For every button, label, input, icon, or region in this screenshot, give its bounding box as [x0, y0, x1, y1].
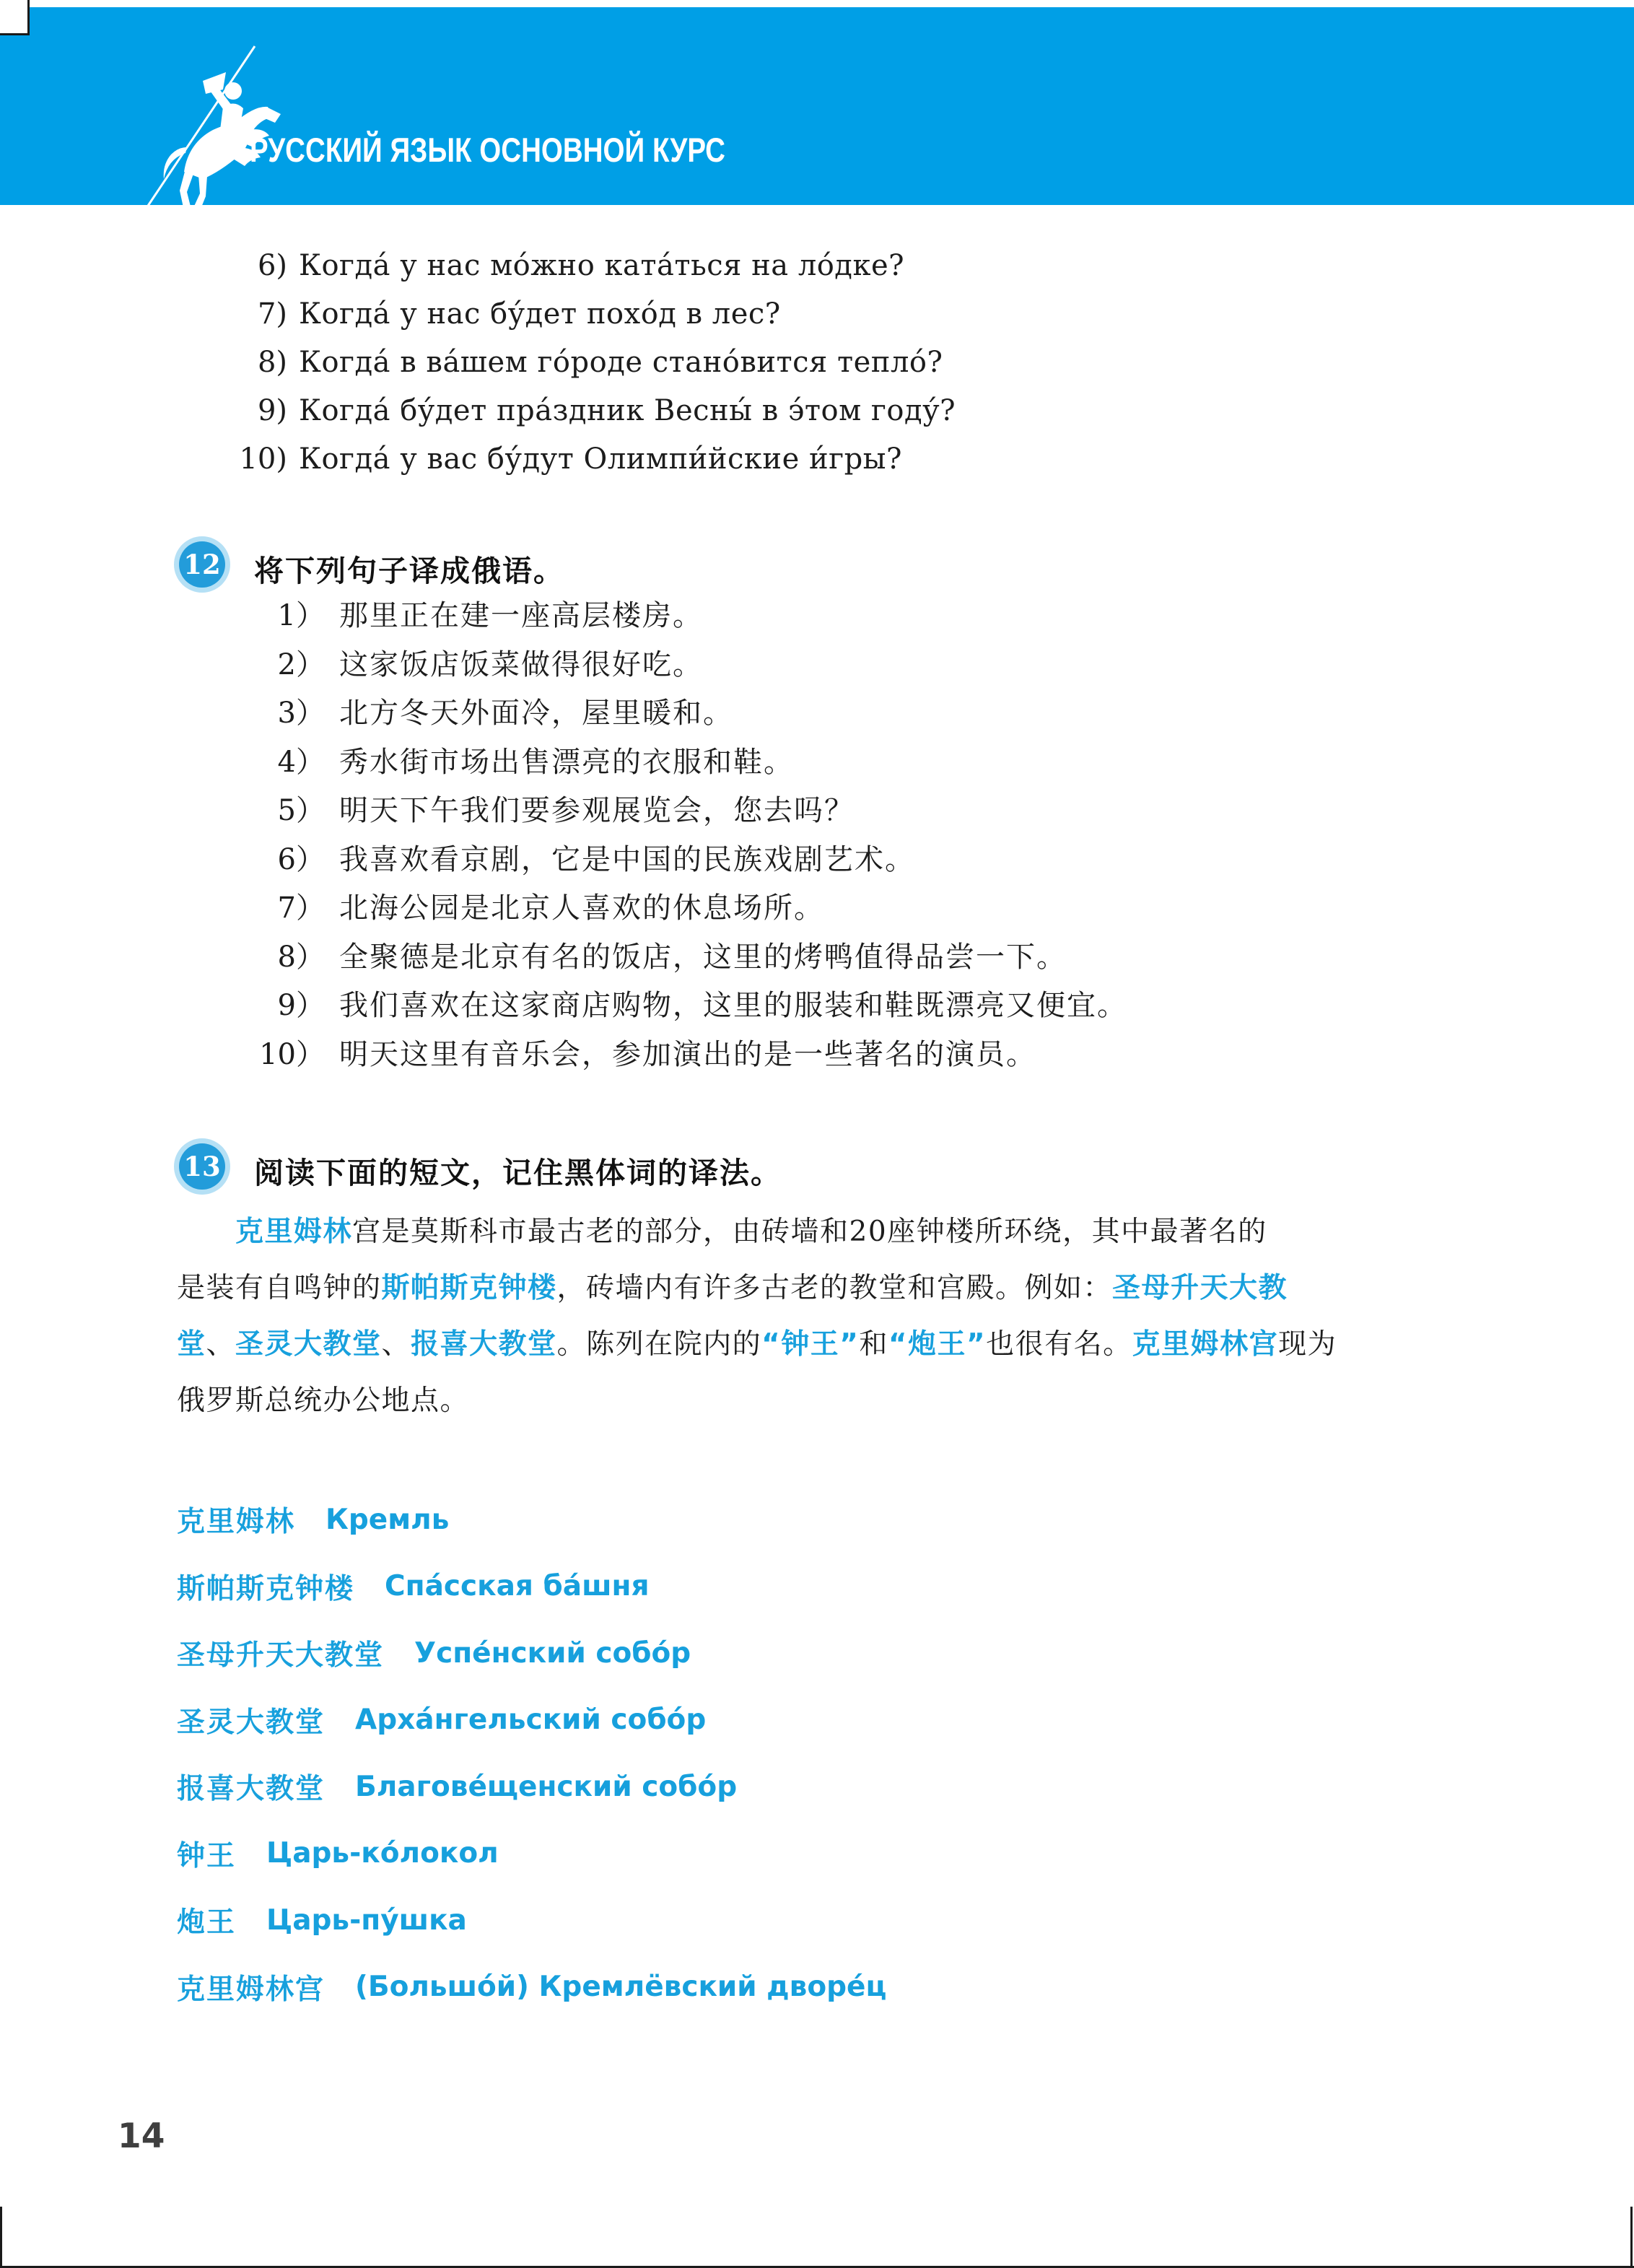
- item-number: 4）: [0, 739, 325, 780]
- textbook-page: { "page": { "accent_blue": "#009fe6", "t…: [0, 0, 1634, 2268]
- exercise-13-title: 阅读下面的短文，记住黑体词的译法。: [254, 1149, 782, 1192]
- page-number: 14: [118, 2116, 165, 2156]
- highlighted-term: 报喜大教堂: [411, 1328, 557, 1361]
- item-text: 全聚德是北京有名的饭店，这里的烤鸭值得品尝一下。: [339, 934, 1067, 975]
- passage-text: 俄罗斯总统办公地点。: [177, 1384, 469, 1417]
- chinese-sentence: 10） 明天这里有音乐会，参加演出的是一些著名的演员。: [0, 1028, 1634, 1077]
- item-number: 9）: [0, 982, 325, 1024]
- passage-line: 堂、圣灵大教堂、报喜大教堂。陈列在院内的“钟王”和“炮王”也很有名。克里姆林宫现…: [177, 1317, 1476, 1373]
- item-number: 10）: [0, 1031, 325, 1073]
- header-band: РУССКИЙ ЯЗЫК ОСНОВНОЙ КУРС: [0, 7, 1634, 205]
- passage-text: 、: [206, 1328, 236, 1361]
- passage-text: 和: [859, 1328, 888, 1361]
- item-text: 我喜欢看京剧，它是中国的民族戏剧艺术。: [339, 837, 915, 878]
- passage-line: 俄罗斯总统办公地点。: [177, 1373, 1476, 1429]
- passage-text: 。陈列在院内的: [557, 1328, 762, 1361]
- chinese-sentence: 2） 这家饭店饭菜做得很好吃。: [0, 638, 1634, 687]
- chinese-sentence: 5） 明天下午我们要参观展览会，您去吗？: [0, 784, 1634, 833]
- term-russian: Спа́сская ба́шня: [385, 1570, 649, 1602]
- exercise-12-badge: 12: [179, 541, 225, 588]
- term-chinese: 报喜大教堂: [177, 1766, 325, 1807]
- exercise-number: 13: [183, 1151, 221, 1182]
- term-russian: Благове́щенский собо́р: [355, 1771, 737, 1803]
- item-text: 那里正在建一座高层楼房。: [339, 593, 703, 634]
- russian-question: 10) Когда́ у вас бу́дут Олимпи́йские и́г…: [0, 435, 1634, 483]
- vocabulary-item: 克里姆林 Кремль: [177, 1486, 886, 1553]
- passage-text: 宫是莫斯科市最古老的部分，由砖墙和20座钟楼所环绕，其中最著名的: [352, 1216, 1267, 1248]
- reading-passage: 克里姆林宫是莫斯科市最古老的部分，由砖墙和20座钟楼所环绕，其中最著名的是装有自…: [177, 1204, 1476, 1429]
- item-text: Когда́ у нас мо́жно ката́ться на ло́дке?: [299, 249, 904, 282]
- item-text: Когда́ бу́дет пра́здник Весны́ в э́том г…: [299, 394, 956, 427]
- item-number: 7): [0, 297, 287, 331]
- item-text: 明天这里有音乐会，参加演出的是一些著名的演员。: [339, 1031, 1036, 1073]
- chinese-sentence: 1） 那里正在建一座高层楼房。: [0, 589, 1634, 638]
- item-text: Когда́ в ва́шем го́роде стано́вится тепл…: [299, 346, 943, 379]
- item-number: 10): [0, 442, 287, 476]
- highlighted-term: 圣母升天大教: [1112, 1272, 1288, 1304]
- item-number: 3）: [0, 690, 325, 731]
- russian-question: 8) Когда́ в ва́шем го́роде стано́вится т…: [0, 338, 1634, 386]
- passage-text: [177, 1216, 235, 1248]
- item-number: 2）: [0, 642, 325, 683]
- russian-question: 6) Когда́ у нас мо́жно ката́ться на ло́д…: [0, 241, 1634, 289]
- highlighted-term: 堂: [177, 1328, 206, 1361]
- item-number: 9): [0, 394, 287, 427]
- crop-mark-bottom-right: [1630, 2207, 1633, 2268]
- passage-text: 也很有名。: [986, 1328, 1132, 1361]
- vocabulary-list: 克里姆林 Кремль 斯帕斯克钟楼 Спа́сская ба́шня 圣母升天…: [177, 1486, 886, 2020]
- passage-text: ，砖墙内有许多古老的教堂和宫殿。例如：: [557, 1272, 1113, 1304]
- term-russian: Арха́нгельский собо́р: [355, 1704, 706, 1736]
- translation-sentence-list: 1） 那里正在建一座高层楼房。 2） 这家饭店饭菜做得很好吃。 3） 北方冬天外…: [0, 589, 1634, 1076]
- exercise-12-title: 将下列句子译成俄语。: [254, 547, 564, 590]
- term-chinese: 克里姆林: [177, 1499, 295, 1540]
- term-chinese: 斯帕斯克钟楼: [177, 1566, 354, 1607]
- chinese-sentence: 8） 全聚德是北京有名的饭店，这里的烤鸭值得品尝一下。: [0, 930, 1634, 980]
- term-russian: Царь-пу́шка: [266, 1904, 467, 1937]
- term-russian: (Большо́й) Кремлёвский дворе́ц: [355, 1971, 886, 2003]
- vocabulary-item: 报喜大教堂 Благове́щенский собо́р: [177, 1753, 886, 1820]
- item-number: 8）: [0, 934, 325, 975]
- highlighted-term: 斯帕斯克钟楼: [382, 1272, 557, 1304]
- vocabulary-item: 圣灵大教堂 Арха́нгельский собо́р: [177, 1687, 886, 1754]
- crop-mark-bottom-left: [0, 2207, 2, 2268]
- russian-question-list: 6) Когда́ у нас мо́жно ката́ться на ло́д…: [0, 241, 1634, 483]
- russian-question: 9) Когда́ бу́дет пра́здник Весны́ в э́то…: [0, 386, 1634, 435]
- item-number: 8): [0, 346, 287, 379]
- chinese-sentence: 3） 北方冬天外面冷，屋里暖和。: [0, 686, 1634, 736]
- term-chinese: 炮王: [177, 1900, 236, 1940]
- item-text: 北方冬天外面冷，屋里暖和。: [339, 690, 733, 731]
- exercise-number: 12: [183, 549, 221, 580]
- chinese-sentence: 9） 我们喜欢在这家商店购物，这里的服装和鞋既漂亮又便宜。: [0, 979, 1634, 1028]
- highlighted-term: “炮王”: [888, 1328, 986, 1361]
- highlighted-term: “钟王”: [761, 1328, 859, 1361]
- highlighted-term: 圣灵大教堂: [235, 1328, 382, 1361]
- term-chinese: 圣母升天大教堂: [177, 1633, 384, 1673]
- chinese-sentence: 7） 北海公园是北京人喜欢的休息场所。: [0, 881, 1634, 930]
- exercise-13-badge: 13: [179, 1143, 225, 1190]
- term-russian: Успе́нский собо́р: [414, 1637, 691, 1670]
- russian-question: 7) Когда́ у нас бу́дет похо́д в лес?: [0, 289, 1634, 338]
- course-title: РУССКИЙ ЯЗЫК ОСНОВНОЙ КУРС: [250, 131, 725, 169]
- crop-mark-top-left: [0, 0, 30, 35]
- passage-text: 现为: [1278, 1328, 1337, 1361]
- passage-text: 是装有自鸣钟的: [177, 1272, 382, 1304]
- item-text: Когда́ у вас бу́дут Олимпи́йские и́гры?: [299, 442, 902, 476]
- chinese-sentence: 6） 我喜欢看京剧，它是中国的民族戏剧艺术。: [0, 833, 1634, 882]
- vocabulary-item: 炮王 Царь-пу́шка: [177, 1887, 886, 1954]
- item-text: 这家饭店饭菜做得很好吃。: [339, 642, 703, 683]
- term-russian: Кремль: [326, 1504, 449, 1536]
- item-text: 秀水街市场出售漂亮的衣服和鞋。: [339, 739, 794, 780]
- item-number: 7）: [0, 885, 325, 926]
- item-text: 明天下午我们要参观展览会，您去吗？: [339, 788, 855, 829]
- vocabulary-item: 圣母升天大教堂 Успе́нский собо́р: [177, 1620, 886, 1687]
- vocabulary-item: 钟王 Царь-ко́локол: [177, 1820, 886, 1888]
- item-number: 1）: [0, 593, 325, 634]
- item-number: 6): [0, 249, 287, 282]
- chinese-sentence: 4） 秀水街市场出售漂亮的衣服和鞋。: [0, 736, 1634, 785]
- passage-line: 克里姆林宫是莫斯科市最古老的部分，由砖墙和20座钟楼所环绕，其中最著名的: [177, 1204, 1476, 1260]
- item-number: 6）: [0, 837, 325, 878]
- highlighted-term: 克里姆林: [235, 1216, 352, 1248]
- vocabulary-item: 克里姆林宫 (Большо́й) Кремлёвский дворе́ц: [177, 1954, 886, 2021]
- term-chinese: 圣灵大教堂: [177, 1700, 325, 1740]
- term-chinese: 钟王: [177, 1833, 236, 1874]
- item-text: Когда́ у нас бу́дет похо́д в лес?: [299, 297, 781, 331]
- item-number: 5）: [0, 788, 325, 829]
- item-text: 北海公园是北京人喜欢的休息场所。: [339, 885, 824, 926]
- vocabulary-item: 斯帕斯克钟楼 Спа́сская ба́шня: [177, 1553, 886, 1621]
- passage-text: 、: [382, 1328, 411, 1361]
- term-russian: Царь-ко́локол: [266, 1837, 499, 1870]
- highlighted-term: 克里姆林宫: [1132, 1328, 1279, 1361]
- term-chinese: 克里姆林宫: [177, 1967, 325, 2007]
- horse-rider-icon: [134, 45, 303, 212]
- item-text: 我们喜欢在这家商店购物，这里的服装和鞋既漂亮又便宜。: [339, 982, 1127, 1024]
- passage-line: 是装有自鸣钟的斯帕斯克钟楼，砖墙内有许多古老的教堂和宫殿。例如：圣母升天大教: [177, 1260, 1476, 1317]
